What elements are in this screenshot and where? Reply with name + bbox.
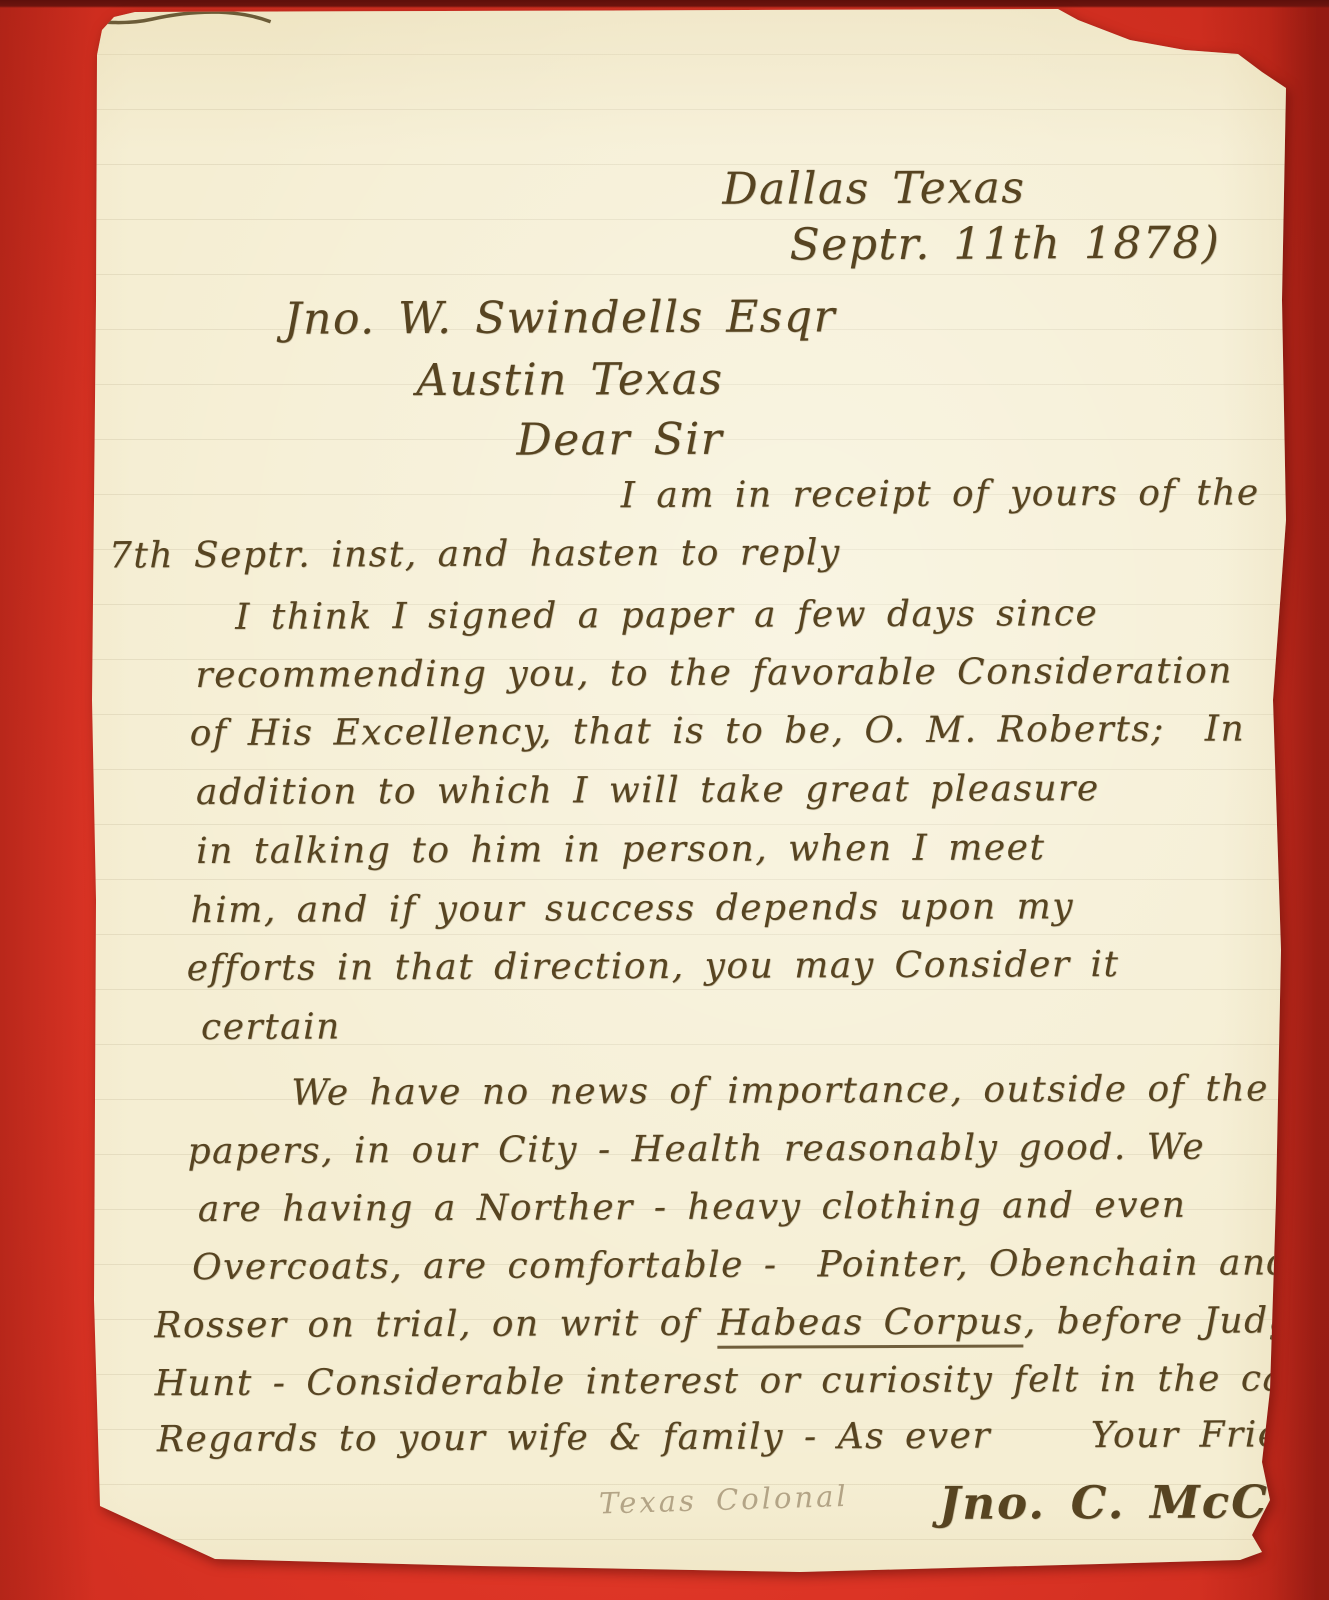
dateline-date: Septr. 11th 1878) [789,222,1220,268]
closing-line: Regards to your wife & family - As ever … [157,1417,1329,1458]
signature-flourish [0,2,277,37]
pencil-annotation: Texas Colonal [599,1482,849,1519]
letter-line: 7th Septr. inst, and hasten to reply [109,535,841,574]
signature: Jno. C. McCoy [939,1479,1329,1526]
letter-line: Hunt - Considerable interest or curiosit… [154,1361,1328,1402]
dateline-city: Dallas Texas [722,166,1025,211]
letter-line: are having a Norther - heavy clothing an… [198,1188,1187,1228]
letter-line: certain [201,1009,341,1046]
letter-paper: Dallas Texas Septr. 11th 1878) Jno. W. S… [0,0,1329,1600]
letter-line: efforts in that direction, you may Consi… [187,947,1120,987]
letter-text: Dallas Texas Septr. 11th 1878) Jno. W. S… [0,0,1329,1600]
letter-line: Overcoats, are comfortable - Pointer, Ob… [192,1245,1291,1286]
habeas-corpus-underlined: Habeas Corpus [717,1301,1023,1348]
letter-line: of His Excellency, that is to be, O. M. … [190,711,1246,752]
habeas-line-pre: Rosser on trial, on writ of [154,1303,717,1346]
scanned-letter-photo: Dallas Texas Septr. 11th 1878) Jno. W. S… [0,0,1329,1600]
paper-corner-crease [0,0,1,2]
recipient-city: Austin Texas [416,358,724,403]
letter-line: I am in receipt of yours of the [621,475,1260,514]
letter-line: I think I signed a paper a few days sinc… [235,596,1098,636]
letter-line: him, and if your success depends upon my [190,889,1074,929]
habeas-corpus-line: Rosser on trial, on writ of Habeas Corpu… [154,1303,1316,1344]
letter-line: addition to which I will take great plea… [196,771,1100,811]
letter-line: We have no news of importance, outside o… [291,1071,1269,1111]
letter-paper-wrap: Dallas Texas Septr. 11th 1878) Jno. W. S… [0,0,1329,1600]
letter-line: recommending you, to the favorable Consi… [195,654,1233,695]
recipient-name: Jno. W. Swindells Esqr [284,295,836,341]
habeas-line-post: , before Judge [1024,1300,1316,1342]
letter-line: papers, in our City - Health reasonably … [187,1130,1205,1170]
letter-line: in talking to him in person, when I meet [196,830,1045,870]
salutation: Dear Sir [516,418,723,463]
